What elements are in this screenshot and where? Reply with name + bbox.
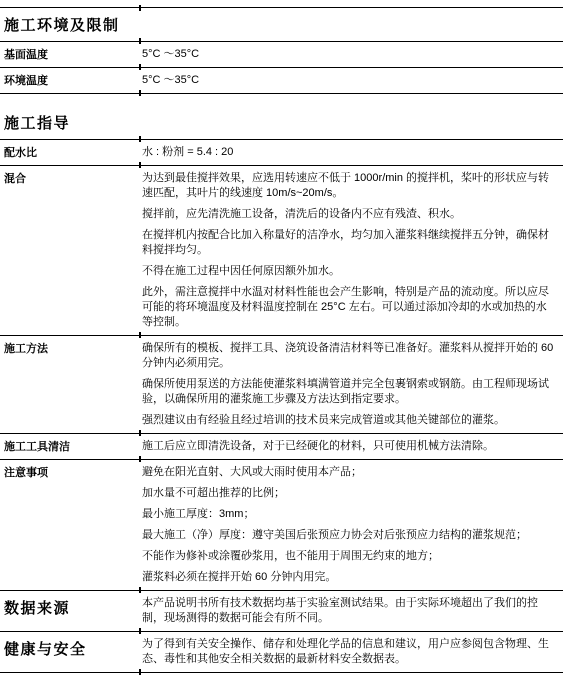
row-content: 确保所有的模板、搅拌工具、浇筑设备清洁材料等已准备好。灌浆料从搅拌开始的 60 … (139, 336, 563, 433)
row-tool-cleaning: 施工工具清洁 施工后应立即清洗设备，对于已经硬化的材料，只可使用机械方法清除。 (0, 434, 563, 460)
paragraph: 本产品说明书所有技术数据均基于实验室测试结果。由于实际环境超出了我们的控制，现场… (142, 596, 557, 626)
row-label: 健康与安全 (0, 632, 139, 672)
paragraph: 最小施工厚度：3mm； (142, 507, 557, 522)
paragraph: 强烈建议由有经验且经过培训的技术员来完成管道或其他关键部位的灌浆。 (142, 413, 557, 428)
section-gap (0, 94, 563, 106)
column-tick (139, 669, 141, 675)
row-content: 本产品说明书所有技术数据均基于实验室测试结果。由于实际环境超出了我们的控制，现场… (139, 591, 563, 631)
row-label: 施工工具清洁 (0, 434, 139, 459)
row-content: 为达到最佳搅拌效果，应选用转速应不低于 1000r/min 的搅拌机，桨叶的形状… (139, 166, 563, 335)
row-application-method: 施工方法 确保所有的模板、搅拌工具、浇筑设备清洁材料等已准备好。灌浆料从搅拌开始… (0, 336, 563, 434)
paragraph: 确保所使用泵送的方法能使灌浆料填满管道并完全包裹钢索或钢筋。由工程师现场试验，以… (142, 377, 557, 407)
paragraph: 施工后应立即清洗设备，对于已经硬化的材料，只可使用机械方法清除。 (142, 439, 557, 454)
datasheet-document: 施工环境及限制 基面温度 5°C ～35°C 环境温度 5°C ～35°C 施工… (0, 0, 563, 673)
row-ambient-temperature: 环境温度 5°C ～35°C (0, 68, 563, 94)
row-label: 环境温度 (0, 68, 139, 93)
paragraph: 5°C ～35°C (142, 47, 557, 62)
row-label: 配水比 (0, 140, 139, 165)
section-title-instructions: 施工指导 (0, 106, 563, 140)
paragraph: 为了得到有关安全操作、储存和处理化学品的信息和建议，用户应参阅包含物理、生态、毒… (142, 637, 557, 667)
paragraph: 确保所有的模板、搅拌工具、浇筑设备清洁材料等已准备好。灌浆料从搅拌开始的 60 … (142, 341, 557, 371)
row-label: 施工方法 (0, 336, 139, 433)
row-content: 为了得到有关安全操作、储存和处理化学品的信息和建议，用户应参阅包含物理、生态、毒… (139, 632, 563, 672)
paragraph: 不得在施工过程中因任何原因额外加水。 (142, 264, 557, 279)
section-title-environment: 施工环境及限制 (0, 8, 563, 42)
row-content: 水 : 粉剂 = 5.4 : 20 (139, 140, 563, 165)
paragraph: 搅拌前，应先清洗施工设备，清洗后的设备内不应有残渣、积水。 (142, 207, 557, 222)
row-content: 5°C ～35°C (139, 68, 563, 93)
row-content: 施工后应立即清洗设备，对于已经硬化的材料，只可使用机械方法清除。 (139, 434, 563, 459)
row-label: 基面温度 (0, 42, 139, 67)
paragraph: 在搅拌机内按配合比加入称量好的洁净水，均匀加入灌浆料继续搅拌五分钟，确保材料搅拌… (142, 228, 557, 258)
row-base-surface-temperature: 基面温度 5°C ～35°C (0, 42, 563, 68)
row-label: 混合 (0, 166, 139, 335)
section-title-text: 施工指导 (4, 115, 70, 132)
paragraph: 5°C ～35°C (142, 73, 557, 88)
paragraph: 最大施工（净）厚度：遵守美国后张预应力协会对后张预应力结构的灌浆规范； (142, 528, 557, 543)
row-data-source: 数据来源 本产品说明书所有技术数据均基于实验室测试结果。由于实际环境超出了我们的… (0, 591, 563, 632)
row-label: 数据来源 (0, 591, 139, 631)
row-content: 5°C ～35°C (139, 42, 563, 67)
paragraph: 加水量不可超出推荐的比例； (142, 486, 557, 501)
row-precautions: 注意事项 避免在阳光直射、大风或大雨时使用本产品； 加水量不可超出推荐的比例； … (0, 460, 563, 591)
section-title-text: 施工环境及限制 (4, 17, 120, 34)
row-content: 避免在阳光直射、大风或大雨时使用本产品； 加水量不可超出推荐的比例； 最小施工厚… (139, 460, 563, 590)
column-tick (139, 90, 141, 96)
paragraph: 不能作为修补或涂覆砂浆用，也不能用于周围无约束的地方； (142, 549, 557, 564)
paragraph: 此外，需注意搅拌中水温对材料性能也会产生影响，特别是产品的流动度。所以应尽可能的… (142, 285, 557, 330)
paragraph: 灌浆料必须在搅拌开始 60 分钟内用完。 (142, 570, 557, 585)
row-label: 注意事项 (0, 460, 139, 590)
paragraph: 避免在阳光直射、大风或大雨时使用本产品； (142, 465, 557, 480)
row-mixing: 混合 为达到最佳搅拌效果，应选用转速应不低于 1000r/min 的搅拌机，桨叶… (0, 166, 563, 336)
paragraph: 为达到最佳搅拌效果，应选用转速应不低于 1000r/min 的搅拌机，桨叶的形状… (142, 171, 557, 201)
row-water-ratio: 配水比 水 : 粉剂 = 5.4 : 20 (0, 140, 563, 166)
paragraph: 水 : 粉剂 = 5.4 : 20 (142, 145, 557, 160)
